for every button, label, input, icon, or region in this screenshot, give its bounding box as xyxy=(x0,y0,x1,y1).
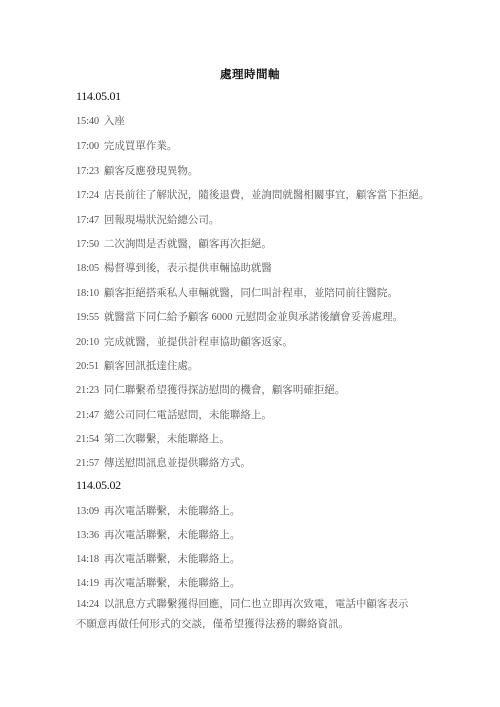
entry-text: 楊督導到後，表示提供車輛協助就醫 xyxy=(104,263,272,274)
entry-time: 20:51 xyxy=(76,361,99,372)
section-date: 114.05.01 xyxy=(76,89,121,104)
entry-text: 再次電話聯繫，未能聯絡上。 xyxy=(104,530,241,541)
entry-text: 完成買單作業。 xyxy=(104,141,178,152)
timeline-entry: 18:05楊督導到後，表示提供車輛協助就醫 xyxy=(76,260,272,275)
timeline-entry: 20:10完成就醫，並提供計程車協助顧客返家。 xyxy=(76,334,293,349)
timeline-entry: 21:23同仁聯繫希望獲得探訪慰問的機會，顧客明確拒絕。 xyxy=(76,382,345,397)
entry-time: 20:10 xyxy=(76,337,99,348)
entry-time: 21:54 xyxy=(76,434,99,445)
timeline-entry: 17:50二次詢問是否就醫，顧客再次拒絕。 xyxy=(76,236,272,251)
timeline-entry: 17:47回報現場狀況給總公司。 xyxy=(76,212,219,227)
entry-time: 13:36 xyxy=(76,530,99,541)
entry-time: 17:23 xyxy=(76,166,99,177)
entry-text: 顧客拒絕搭乘私人車輛就醫，同仁叫計程車，並陪同前往醫院。 xyxy=(104,288,398,299)
section-date: 114.05.02 xyxy=(76,478,121,493)
entry-text: 再次電話聯繫，未能聯絡上。 xyxy=(104,506,241,517)
timeline-entry: 18:10顧客拒絕搭乘私人車輛就醫，同仁叫計程車，並陪同前往醫院。 xyxy=(76,285,398,300)
entry-time: 14:18 xyxy=(76,554,99,565)
entry-time: 19:55 xyxy=(76,312,99,323)
timeline-entry: 15:40入座 xyxy=(76,113,125,128)
entry-text: 店長前往了解狀況，隨後退費，並詢問就醫相關事宜，顧客當下拒絕。 xyxy=(104,190,430,201)
entry-text: 以訊息方式聯繫獲得回應，同仁也立即再次致電，電話中顧客表示不願意再做任何形式的交… xyxy=(76,599,408,630)
timeline-entry: 21:54第二次聯繫，未能聯絡上。 xyxy=(76,431,230,446)
timeline-entry: 13:09再次電話聯繫，未能聯絡上。 xyxy=(76,503,240,518)
entry-time: 21:23 xyxy=(76,385,99,396)
timeline-entry: 14:19再次電話聯繫，未能聯絡上。 xyxy=(76,575,240,590)
entry-time: 14:24 xyxy=(76,595,99,615)
timeline-entry: 14:24以訊息方式聯繫獲得回應，同仁也立即再次致電，電話中顧客表示不願意再做任… xyxy=(76,595,416,635)
entry-text: 二次詢問是否就醫，顧客再次拒絕。 xyxy=(104,239,272,250)
timeline-entry: 13:36再次電話聯繫，未能聯絡上。 xyxy=(76,527,240,542)
timeline-entry: 19:55就醫當下同仁給予顧客 6000 元慰問金並與承諾後續會妥善處理。 xyxy=(76,309,403,324)
entry-time: 21:47 xyxy=(76,410,99,421)
entry-time: 14:19 xyxy=(76,578,99,589)
entry-time: 13:09 xyxy=(76,506,99,517)
entry-text: 同仁聯繫希望獲得探訪慰問的機會，顧客明確拒絕。 xyxy=(104,385,346,396)
document-title: 處理時間軸 xyxy=(0,66,500,82)
entry-text: 第二次聯繫，未能聯絡上。 xyxy=(104,434,230,445)
entry-text: 入座 xyxy=(104,116,125,127)
entry-text: 顧客回訊抵達住處。 xyxy=(104,361,199,372)
entry-text: 再次電話聯繫，未能聯絡上。 xyxy=(104,578,241,589)
timeline-entry: 21:47總公司同仁電話慰問，未能聯絡上。 xyxy=(76,407,272,422)
timeline-entry: 17:23顧客反應發現異物。 xyxy=(76,163,198,178)
entry-text: 就醫當下同仁給予顧客 6000 元慰問金並與承諾後續會妥善處理。 xyxy=(104,312,403,323)
timeline-entry: 17:00完成買單作業。 xyxy=(76,138,177,153)
entry-time: 17:50 xyxy=(76,239,99,250)
entry-text: 總公司同仁電話慰問，未能聯絡上。 xyxy=(104,410,272,421)
entry-time: 21:57 xyxy=(76,458,99,469)
entry-text: 再次電話聯繫，未能聯絡上。 xyxy=(104,554,241,565)
timeline-entry: 14:18再次電話聯繫，未能聯絡上。 xyxy=(76,551,240,566)
entry-text: 完成就醫，並提供計程車協助顧客返家。 xyxy=(104,337,293,348)
timeline-entry: 20:51顧客回訊抵達住處。 xyxy=(76,358,198,373)
entry-text: 回報現場狀況給總公司。 xyxy=(104,215,220,226)
timeline-entry: 17:24店長前往了解狀況，隨後退費，並詢問就醫相關事宜，顧客當下拒絕。 xyxy=(76,187,429,202)
entry-time: 17:00 xyxy=(76,141,99,152)
entry-time: 17:24 xyxy=(76,190,99,201)
entry-text: 傳送慰問訊息並提供聯絡方式。 xyxy=(104,458,251,469)
timeline-entry: 21:57傳送慰問訊息並提供聯絡方式。 xyxy=(76,455,251,470)
entry-time: 18:05 xyxy=(76,263,99,274)
entry-time: 15:40 xyxy=(76,116,99,127)
entry-time: 17:47 xyxy=(76,215,99,226)
document-page: 處理時間軸 114.05.01 15:40入座 17:00完成買單作業。 17:… xyxy=(0,0,500,707)
entry-text: 顧客反應發現異物。 xyxy=(104,166,199,177)
entry-time: 18:10 xyxy=(76,288,99,299)
